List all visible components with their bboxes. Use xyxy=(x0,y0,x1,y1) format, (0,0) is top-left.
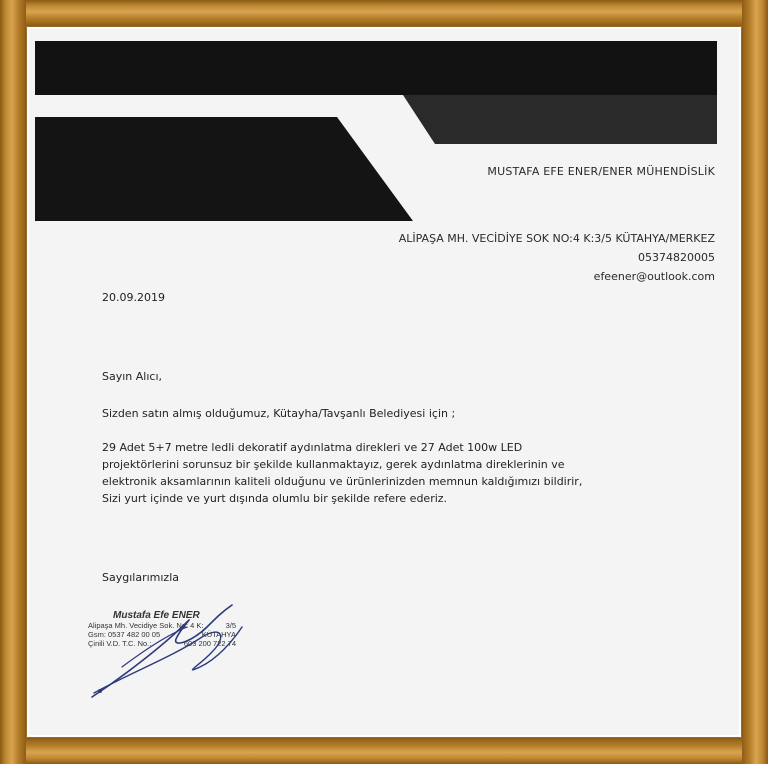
closing: Saygılarımızla xyxy=(102,571,179,584)
company-email: efeener@outlook.com xyxy=(399,267,715,286)
intro-line: Sizden satın almış olduğumuz, Kütayha/Ta… xyxy=(102,407,455,420)
letter-body: 29 Adet 5+7 metre ledli dekoratif aydınl… xyxy=(102,439,582,507)
greeting: Sayın Alıcı, xyxy=(102,370,162,383)
company-phone: 05374820005 xyxy=(399,248,715,267)
letterhead-graphic xyxy=(27,27,741,227)
letter-date: 20.09.2019 xyxy=(102,291,165,304)
body-line: Sizi yurt içinde ve yurt dışında olumlu … xyxy=(102,490,582,507)
body-line: 29 Adet 5+7 metre ledli dekoratif aydınl… xyxy=(102,439,582,456)
letter-page: MUSTAFA EFE ENER/ENER MÜHENDİSLİK ALİPAŞ… xyxy=(27,27,741,737)
body-line: elektronik aksamlarının kaliteli olduğun… xyxy=(102,473,582,490)
company-address: ALİPAŞA MH. VECİDİYE SOK NO:4 K:3/5 KÜTA… xyxy=(399,229,715,248)
body-line: projektörlerini sorunsuz bir şekilde kul… xyxy=(102,456,582,473)
contact-block: ALİPAŞA MH. VECİDİYE SOK NO:4 K:3/5 KÜTA… xyxy=(399,229,715,286)
handwritten-signature xyxy=(82,597,272,707)
company-name: MUSTAFA EFE ENER/ENER MÜHENDİSLİK xyxy=(487,165,715,178)
